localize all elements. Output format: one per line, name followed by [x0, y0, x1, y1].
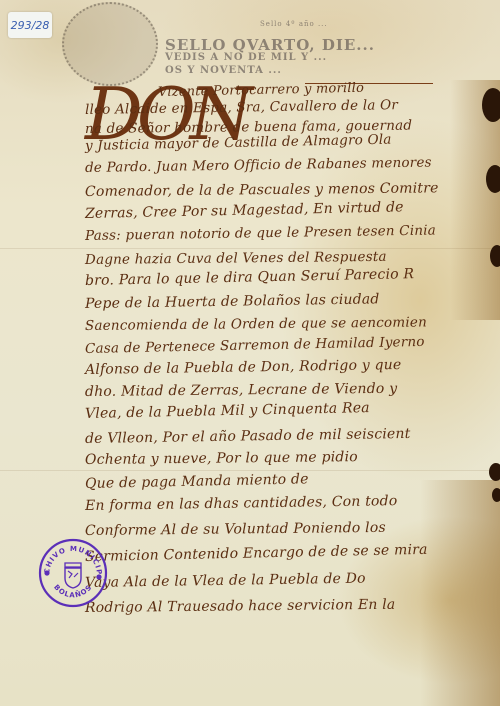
- manuscript-line: Pass: pueran notorio de que le Presen te…: [85, 222, 436, 244]
- burn-damage: [486, 165, 500, 193]
- burn-damage: [489, 463, 500, 481]
- burn-damage: [492, 488, 500, 502]
- manuscript-line: Saencomienda de la Orden de que se aenco…: [85, 314, 427, 334]
- manuscript-line: Vaya Ala de la Vlea de la Puebla de Do: [85, 571, 366, 591]
- manuscript-line: Pepe de la Huerta de Bolaños las ciudad: [85, 291, 380, 312]
- manuscript-line: Casa de Pertenece Sarremon de Hamilad Iy…: [85, 334, 425, 357]
- manuscript-line: En forma en las dhas cantidades, Con tod…: [85, 493, 398, 514]
- stamp-top-text: ARCHIVO MUNICIPAL: [37, 537, 103, 575]
- manuscript-line: bro. Para lo que le dira Quan Seruí Pare…: [85, 266, 415, 289]
- burn-damage: [482, 88, 500, 122]
- paper-fold: [0, 470, 500, 471]
- stamped-paper-small-line: Sello 4º año ...: [260, 20, 328, 28]
- archive-municipal-stamp-icon: ARCHIVO MUNICIPAL BOLAÑOS: [37, 537, 109, 609]
- water-stain: [420, 480, 500, 706]
- manuscript-page: 293/28 Sello 4º año ... SELLO QVARTO, DI…: [0, 0, 500, 706]
- manuscript-line: Zerras, Cree Por su Magestad, En virtud …: [85, 199, 404, 222]
- manuscript-line: Comenador, de la de Pascuales y menos Co…: [85, 180, 439, 200]
- manuscript-line: Ochenta y nueve, Por lo que me pidio: [85, 449, 358, 468]
- manuscript-line: Alfonso de la Puebla de Don, Rodrigo y q…: [85, 357, 402, 378]
- manuscript-line: Sermicion Contenido Encargo de de se se …: [85, 542, 428, 565]
- manuscript-line: Dagne hazia Cuva del Venes del Respuesta: [85, 249, 387, 268]
- manuscript-line: Rodrigo Al Trauesado hace servicion En l…: [85, 597, 396, 616]
- manuscript-line: Que de paga Manda miento de: [85, 471, 309, 492]
- svg-text:BOLAÑOS: BOLAÑOS: [52, 583, 94, 599]
- manuscript-line: de Vlleon, Por el año Pasado de mil seis…: [85, 426, 411, 447]
- catalog-label: 293/28: [8, 12, 52, 38]
- stamped-paper-line-2: VEDIS A NO DE MIL Y ...: [165, 52, 327, 63]
- manuscript-line: dho. Mitad de Zerras, Lecrane de Viendo …: [85, 381, 397, 400]
- paper-fold: [0, 248, 500, 249]
- manuscript-line: Conforme Al de su Voluntad Poniendo los: [85, 520, 386, 539]
- svg-text:ARCHIVO MUNICIPAL: ARCHIVO MUNICIPAL: [37, 537, 103, 575]
- manuscript-line: Vlea, de la Puebla Mil y Cinquenta Rea: [85, 400, 370, 422]
- burn-damage: [490, 245, 500, 267]
- stamp-bottom-text: BOLAÑOS: [52, 583, 94, 599]
- manuscript-line: de Pardo. Juan Mero Officio de Rabanes m…: [85, 155, 432, 176]
